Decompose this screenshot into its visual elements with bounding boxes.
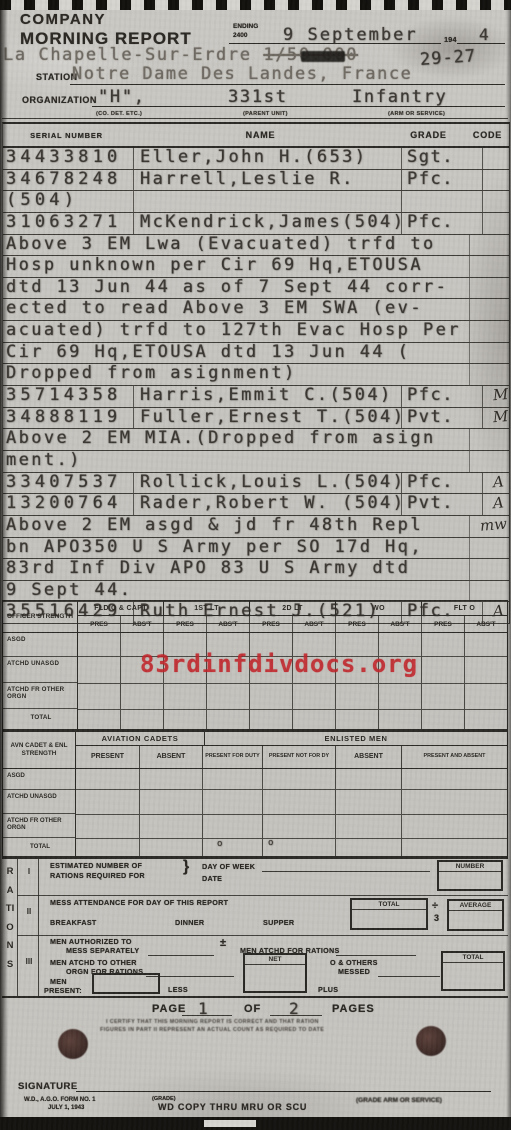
page-edge-right bbox=[506, 9, 511, 1118]
grid-cell bbox=[76, 839, 140, 856]
o-and-others-label: O & OTHERS bbox=[330, 958, 378, 967]
filmstrip-top bbox=[0, 0, 511, 10]
roster-header: SERIAL NUMBER NAME GRADE CODE bbox=[3, 124, 509, 148]
margin-mark bbox=[469, 428, 510, 452]
grid-cell bbox=[263, 790, 336, 813]
grid-cell bbox=[140, 769, 203, 790]
of-label: OF bbox=[244, 1003, 261, 1015]
margin-mark bbox=[469, 341, 510, 365]
grid-cell bbox=[263, 769, 336, 790]
remark-row: Cir 69 Hq,ETOUSA dtd 13 Jun 44 ( bbox=[3, 343, 509, 365]
plus-label: PLUS bbox=[318, 985, 338, 994]
men-atchd-rations-blank bbox=[336, 955, 416, 956]
margin-mark bbox=[469, 233, 510, 257]
grid-cell bbox=[263, 839, 336, 856]
remark-text: Dropped from asignment) bbox=[3, 364, 470, 385]
grade-cell: Sgt. bbox=[401, 148, 483, 169]
estimated-number-line2: RATIONS REQUIRED FOR bbox=[50, 871, 145, 880]
serial-cell: 34433810 bbox=[3, 148, 134, 169]
grid-cell bbox=[76, 769, 140, 790]
name-cell: Harris,Emmit C.(504) bbox=[134, 386, 401, 407]
rations-rule bbox=[17, 859, 18, 996]
remark-text: acuated) trfd to 127th Evac Hosp Per bbox=[3, 321, 470, 342]
group-wo: WO bbox=[336, 601, 422, 615]
remark-row: Above 3 EM Lwa (Evacuated) trfd to bbox=[3, 235, 509, 257]
remark-text: Hosp unknown per Cir 69 Hq,ETOUSA bbox=[3, 256, 470, 277]
remark-text: dtd 13 Jun 44 as of 7 Sept 44 corr- bbox=[3, 278, 470, 299]
messed-blank bbox=[378, 976, 440, 977]
section-i: I bbox=[22, 867, 36, 876]
grid-cell bbox=[402, 815, 507, 838]
pres-header: PRES bbox=[164, 616, 207, 632]
grid-cell bbox=[121, 710, 164, 729]
rations-total-box: TOTAL bbox=[441, 951, 505, 991]
row-label-asgd: ASGD bbox=[3, 633, 77, 656]
grid-cell bbox=[78, 633, 121, 656]
grid-cell bbox=[422, 684, 465, 710]
cadet-data-row bbox=[76, 790, 507, 814]
grid-cell bbox=[76, 815, 140, 838]
remark-row: dtd 13 Jun 44 as of 7 Sept 44 corr- bbox=[3, 278, 509, 300]
col-code: CODE bbox=[466, 124, 509, 146]
roster-table: SERIAL NUMBER NAME GRADE CODE 34433810El… bbox=[2, 122, 510, 624]
morning-report-page: COMPANY MORNING REPORT ENDING 2400 9 Sep… bbox=[0, 0, 511, 1130]
brace: } bbox=[183, 858, 189, 876]
net-box-label: NET bbox=[245, 955, 305, 965]
grid-cell bbox=[402, 769, 507, 790]
row-label-total: TOTAL bbox=[3, 838, 75, 856]
grid-cell bbox=[336, 839, 402, 856]
grid-cell bbox=[164, 710, 207, 729]
cadet-data-row bbox=[76, 815, 507, 839]
grade-cell: Pfc. bbox=[401, 473, 483, 494]
men-label: MEN bbox=[50, 977, 67, 986]
abst-header: ABS'T bbox=[121, 616, 164, 632]
grid-cell bbox=[140, 815, 203, 838]
supper-label: SUPPER bbox=[263, 918, 294, 927]
parent-unit-label: (PARENT UNIT) bbox=[243, 111, 288, 117]
serial-cell: 35714358 bbox=[3, 386, 134, 407]
group-fldo-capt: FLD O & CAPT bbox=[78, 601, 164, 615]
men-present-box bbox=[92, 973, 160, 994]
name-cell: McKendrick,James(504) bbox=[134, 213, 401, 234]
wd-copy-label: WD COPY THRU MRU OR SCU bbox=[158, 1102, 307, 1112]
mess-total-label: TOTAL bbox=[352, 900, 426, 910]
year-digit: 4 bbox=[479, 25, 489, 44]
filmstrip-bottom bbox=[0, 1117, 511, 1130]
divide-sign: ÷ bbox=[432, 900, 438, 912]
men-atchd-other-label: MEN ATCHD TO OTHER bbox=[50, 958, 137, 967]
grid-cell bbox=[164, 684, 207, 710]
grid-cell bbox=[121, 684, 164, 710]
grid-cell bbox=[336, 769, 402, 790]
grid-cell bbox=[140, 839, 203, 856]
ending-label: ENDING bbox=[233, 23, 258, 30]
day-of-week-label: DAY OF WEEK bbox=[202, 862, 255, 871]
pres-header: PRES bbox=[250, 616, 293, 632]
remark-text: ment.) bbox=[3, 451, 470, 472]
cadet-data-row bbox=[76, 839, 507, 856]
col-present: PRESENT bbox=[76, 746, 140, 768]
grade-arm-service-label: (GRADE ARM OR SERVICE) bbox=[356, 1097, 442, 1104]
margin-mark bbox=[469, 449, 510, 473]
remark-row: ment.) bbox=[3, 451, 509, 473]
page-edge-left bbox=[0, 9, 8, 1118]
grid-cell bbox=[336, 684, 379, 710]
table-row: (504) bbox=[3, 191, 509, 213]
serial-cell: 33407537 bbox=[3, 473, 134, 494]
table-row: 13200764Rader,Robert W. (504)Pvt.A bbox=[3, 494, 509, 516]
rations-total-label: TOTAL bbox=[443, 953, 503, 963]
grid-cell bbox=[78, 710, 121, 729]
station-rule bbox=[70, 84, 505, 85]
men-authorized-label: MEN AUTHORIZED TO bbox=[50, 937, 132, 946]
remark-text: Above 2 EM MIA.(Dropped from asign bbox=[3, 429, 470, 450]
row-label-atchd-unasgd: ATCHD UNASGD bbox=[3, 790, 75, 814]
remark-row: ected to read Above 3 EM SWA (ev- bbox=[3, 299, 509, 321]
net-box: NET bbox=[243, 953, 307, 993]
margin-mark bbox=[469, 536, 510, 560]
pres-header: PRES bbox=[336, 616, 379, 632]
pages-label: PAGES bbox=[332, 1003, 375, 1015]
average-box-label: AVERAGE bbox=[449, 901, 502, 911]
form-number-line2: JULY 1, 1943 bbox=[48, 1105, 84, 1111]
margin-mark bbox=[469, 255, 510, 279]
margin-mark bbox=[469, 298, 510, 322]
remark-row: Above 2 EM asgd & jd fr 48th Replmw bbox=[3, 516, 509, 538]
breakfast-label: BREAKFAST bbox=[50, 918, 97, 927]
section-iii: III bbox=[22, 957, 36, 966]
serial-cell: 31063271 bbox=[3, 213, 134, 234]
row-label-total: TOTAL bbox=[3, 709, 77, 729]
serial-cell: 34888119 bbox=[3, 408, 134, 429]
grid-cell bbox=[203, 790, 263, 813]
ending-time-label: 2400 bbox=[233, 32, 247, 39]
row-label-atchd-fr-other: ATCHD FR OTHER ORGN bbox=[3, 814, 75, 838]
remark-text: Cir 69 Hq,ETOUSA dtd 13 Jun 44 ( bbox=[3, 343, 470, 364]
grid-cell bbox=[76, 790, 140, 813]
group-1st-lt: 1ST LT bbox=[164, 601, 250, 615]
certification-line1: I CERTIFY THAT THIS MORNING REPORT IS CO… bbox=[106, 1019, 319, 1025]
margin-mark bbox=[469, 363, 510, 387]
group-aviation-cadets: AVIATION CADETS bbox=[76, 732, 205, 745]
officer-strength-labels: OFFICER STRENGTH ASGD ATCHD UNASGD ATCHD… bbox=[3, 601, 78, 729]
cadet-group-header: AVIATION CADETS ENLISTED MEN bbox=[76, 732, 507, 746]
rations-rule bbox=[38, 859, 39, 996]
arm-service-label: (ARM OR SERVICE) bbox=[388, 111, 445, 117]
rations-rule bbox=[17, 895, 508, 896]
roster-top-rule bbox=[2, 118, 508, 119]
table-row: 35714358Harris,Emmit C.(504)Pfc.M bbox=[3, 386, 509, 408]
grid-cell bbox=[78, 657, 121, 683]
grid-cell bbox=[263, 815, 336, 838]
messed-label: MESSED bbox=[338, 967, 370, 976]
remark-row: 83rd Inf Div APO 83 U S Army dtd bbox=[3, 559, 509, 581]
margin-mark bbox=[469, 276, 510, 300]
cadet-enlisted-corner: AVN CADET & ENL STRENGTH bbox=[3, 732, 75, 769]
mess-separately-label: MESS SEPARATELY bbox=[66, 946, 139, 955]
group-enlisted-men: ENLISTED MEN bbox=[205, 732, 507, 745]
abst-header: ABS'T bbox=[379, 616, 422, 632]
serial-cell: 13200764 bbox=[3, 494, 134, 515]
grid-cell bbox=[402, 839, 507, 856]
average-box: AVERAGE bbox=[447, 899, 504, 931]
watermark: 83rdinfdivdocs.org bbox=[140, 650, 418, 678]
name-cell: Eller,John H.(653) bbox=[134, 148, 401, 169]
col-em-absent: ABSENT bbox=[336, 746, 402, 768]
grid-cell bbox=[293, 710, 336, 729]
day-of-week-blank bbox=[262, 871, 430, 872]
row-label-asgd: ASGD bbox=[3, 769, 75, 790]
organization-label: ORGANIZATION bbox=[22, 95, 97, 105]
number-box: NUMBER bbox=[437, 860, 503, 891]
remark-row: bn APO350 U S Army per SO 17d Hq, bbox=[3, 538, 509, 560]
col-serial-number: SERIAL NUMBER bbox=[3, 124, 130, 146]
form-number-line1: W.D., A.G.O. FORM NO. 1 bbox=[24, 1097, 95, 1103]
number-box-label: NUMBER bbox=[439, 862, 501, 872]
grid-cell bbox=[203, 769, 263, 790]
section-ii: II bbox=[22, 907, 36, 916]
total-pages-rule bbox=[270, 1015, 322, 1016]
table-row: 34678248Harrell,Leslie R.Pfc. bbox=[3, 170, 509, 192]
margin-mark bbox=[469, 558, 510, 582]
cadet-enlisted-grid: AVIATION CADETS ENLISTED MEN PRESENT ABS… bbox=[76, 732, 507, 856]
col-present-not-for-dy: PRESENT NOT FOR DY bbox=[263, 746, 336, 768]
grid-cell bbox=[422, 657, 465, 683]
col-name: NAME bbox=[130, 124, 391, 146]
pres-header: PRES bbox=[422, 616, 465, 632]
remark-row: acuated) trfd to 127th Evac Hosp Per bbox=[3, 321, 509, 343]
grid-cell bbox=[422, 710, 465, 729]
table-row: 34433810Eller,John H.(653)Sgt. bbox=[3, 148, 509, 170]
row-label-atchd-fr-other: ATCHD FR OTHER ORGN bbox=[3, 683, 77, 709]
grid-cell bbox=[379, 710, 422, 729]
remark-text: bn APO350 U S Army per SO 17d Hq, bbox=[3, 538, 470, 559]
remark-row: Above 2 EM MIA.(Dropped from asign bbox=[3, 429, 509, 451]
officer-strength-corner: OFFICER STRENGTH bbox=[3, 601, 77, 633]
total-mark: o bbox=[268, 838, 273, 848]
org-arm-value: Infantry bbox=[352, 87, 447, 107]
grid-cell bbox=[140, 790, 203, 813]
plus-minus-sign: ± bbox=[220, 937, 226, 949]
name-cell: Rader,Robert W. (504) bbox=[134, 494, 401, 515]
group-flt-o: FLT O bbox=[422, 601, 507, 615]
cadet-subheader: PRESENT ABSENT PRESENT FOR DUTY PRESENT … bbox=[76, 746, 507, 769]
abst-header: ABS'T bbox=[465, 616, 507, 632]
grid-cell bbox=[293, 684, 336, 710]
grid-cell bbox=[336, 790, 402, 813]
station-value: Notre Dame Des Landes, France bbox=[72, 64, 412, 84]
signature-line bbox=[76, 1091, 491, 1092]
grade-cell: Pvt. bbox=[401, 494, 483, 515]
dinner-label: DINNER bbox=[175, 918, 204, 927]
total-mark: o bbox=[217, 839, 222, 849]
grade-cell: Pvt. bbox=[401, 408, 483, 429]
punch-hole-right bbox=[416, 1026, 446, 1056]
estimated-number-line1: ESTIMATED NUMBER OF bbox=[50, 861, 142, 870]
grid-cell bbox=[402, 790, 507, 813]
col-absent: ABSENT bbox=[140, 746, 203, 768]
remark-row: Hosp unknown per Cir 69 Hq,ETOUSA bbox=[3, 256, 509, 278]
year-prefix: 194 bbox=[444, 35, 457, 44]
margin-mark: mw bbox=[469, 514, 510, 538]
grid-cell bbox=[336, 815, 402, 838]
grid-cell bbox=[207, 684, 250, 710]
page-number-rule bbox=[182, 1015, 232, 1016]
signature-label: SIGNATURE bbox=[18, 1081, 78, 1092]
strikeout-mark bbox=[301, 51, 345, 62]
grid-cell bbox=[336, 710, 379, 729]
col-present-for-duty: PRESENT FOR DUTY bbox=[203, 746, 263, 768]
less-label: LESS bbox=[168, 985, 188, 994]
report-date-value: 9 September bbox=[283, 25, 418, 45]
officer-data-row bbox=[78, 710, 507, 729]
name-cell: Rollick,Louis L.(504) bbox=[134, 473, 401, 494]
org-company-value: "H", bbox=[98, 87, 146, 107]
col-grade: GRADE bbox=[391, 124, 466, 146]
cadet-enlisted-labels: AVN CADET & ENL STRENGTH ASGD ATCHD UNAS… bbox=[3, 732, 76, 856]
grid-cell bbox=[203, 815, 263, 838]
abst-header: ABS'T bbox=[293, 616, 336, 632]
cadet-data-row bbox=[76, 769, 507, 791]
grid-cell bbox=[250, 710, 293, 729]
remark-text: ected to read Above 3 EM SWA (ev- bbox=[3, 299, 470, 320]
col-present-and-absent: PRESENT AND ABSENT bbox=[402, 746, 507, 768]
filmstrip-gap bbox=[204, 1120, 256, 1127]
grid-cell bbox=[203, 839, 263, 856]
co-det-etc-label: (CO. DET. ETC.) bbox=[96, 111, 142, 117]
group-2d-lt: 2D LT bbox=[250, 601, 336, 615]
margin-mark bbox=[469, 319, 510, 343]
cadet-enlisted-table: AVN CADET & ENL STRENGTH ASGD ATCHD UNAS… bbox=[2, 730, 508, 857]
grid-cell bbox=[379, 684, 422, 710]
present-label: PRESENT: bbox=[44, 986, 82, 995]
remark-text: Above 2 EM asgd & jd fr 48th Repl bbox=[3, 516, 470, 537]
remark-text: Above 3 EM Lwa (Evacuated) trfd to bbox=[3, 235, 470, 256]
row-label-atchd-unasgd: ATCHD UNASGD bbox=[3, 657, 77, 683]
grid-coordinates: 29-27 bbox=[419, 46, 476, 70]
divisor-three: 3 bbox=[434, 913, 439, 923]
mess-attendance-title: MESS ATTENDANCE FOR DAY OF THIS REPORT bbox=[50, 898, 228, 907]
grade-cell: Pfc. bbox=[401, 213, 483, 234]
grid-cell bbox=[78, 684, 121, 710]
remark-row: Dropped from asignment) bbox=[3, 364, 509, 386]
remark-text: 9 Sept 44. bbox=[3, 581, 470, 602]
date-label: DATE bbox=[202, 874, 222, 883]
grid-cell bbox=[465, 710, 507, 729]
punch-hole-left bbox=[58, 1029, 88, 1059]
rations-rule bbox=[17, 935, 508, 936]
grid-cell bbox=[465, 684, 507, 710]
org-parent-value: 331st bbox=[228, 87, 288, 107]
serial-cell: 34678248 bbox=[3, 170, 134, 191]
page-label: PAGE bbox=[152, 1003, 186, 1015]
table-row: 34888119Fuller,Ernest T.(504)Pvt.M bbox=[3, 408, 509, 430]
officer-data-row bbox=[78, 684, 507, 711]
grade-cell: Pfc. bbox=[401, 386, 483, 407]
company-label: COMPANY bbox=[20, 11, 106, 28]
mess-total-box: TOTAL bbox=[350, 898, 428, 930]
grid-cell bbox=[250, 684, 293, 710]
abst-header: ABS'T bbox=[207, 616, 250, 632]
table-row: 33407537Rollick,Louis L.(504)Pfc.A bbox=[3, 473, 509, 495]
certification-line2: FIGURES IN PART II REPRESENT AN ACTUAL C… bbox=[100, 1027, 324, 1033]
name-cell: Fuller,Ernest T.(504) bbox=[134, 408, 401, 429]
name-cell: Harrell,Leslie R. bbox=[134, 170, 401, 191]
serial-cell: (504) bbox=[3, 191, 134, 212]
remark-text: 83rd Inf Div APO 83 U S Army dtd bbox=[3, 559, 470, 580]
officer-subheader: PRES ABS'T PRES ABS'T PRES ABS'T PRES AB… bbox=[78, 616, 507, 633]
grade-cell: Pfc. bbox=[401, 170, 483, 191]
map-place: La Chapelle-Sur-Erdre bbox=[3, 45, 263, 65]
pres-header: PRES bbox=[78, 616, 121, 632]
grid-cell bbox=[465, 657, 507, 683]
name-cell bbox=[134, 191, 401, 212]
table-row: 31063271McKendrick,James(504)Pfc. bbox=[3, 213, 509, 235]
mess-separately-blank bbox=[148, 955, 214, 956]
grid-cell bbox=[422, 633, 465, 656]
officer-group-header: FLD O & CAPT 1ST LT 2D LT WO FLT O bbox=[78, 601, 507, 616]
grid-cell bbox=[465, 633, 507, 656]
grade-cell bbox=[401, 191, 483, 212]
grid-cell bbox=[207, 710, 250, 729]
